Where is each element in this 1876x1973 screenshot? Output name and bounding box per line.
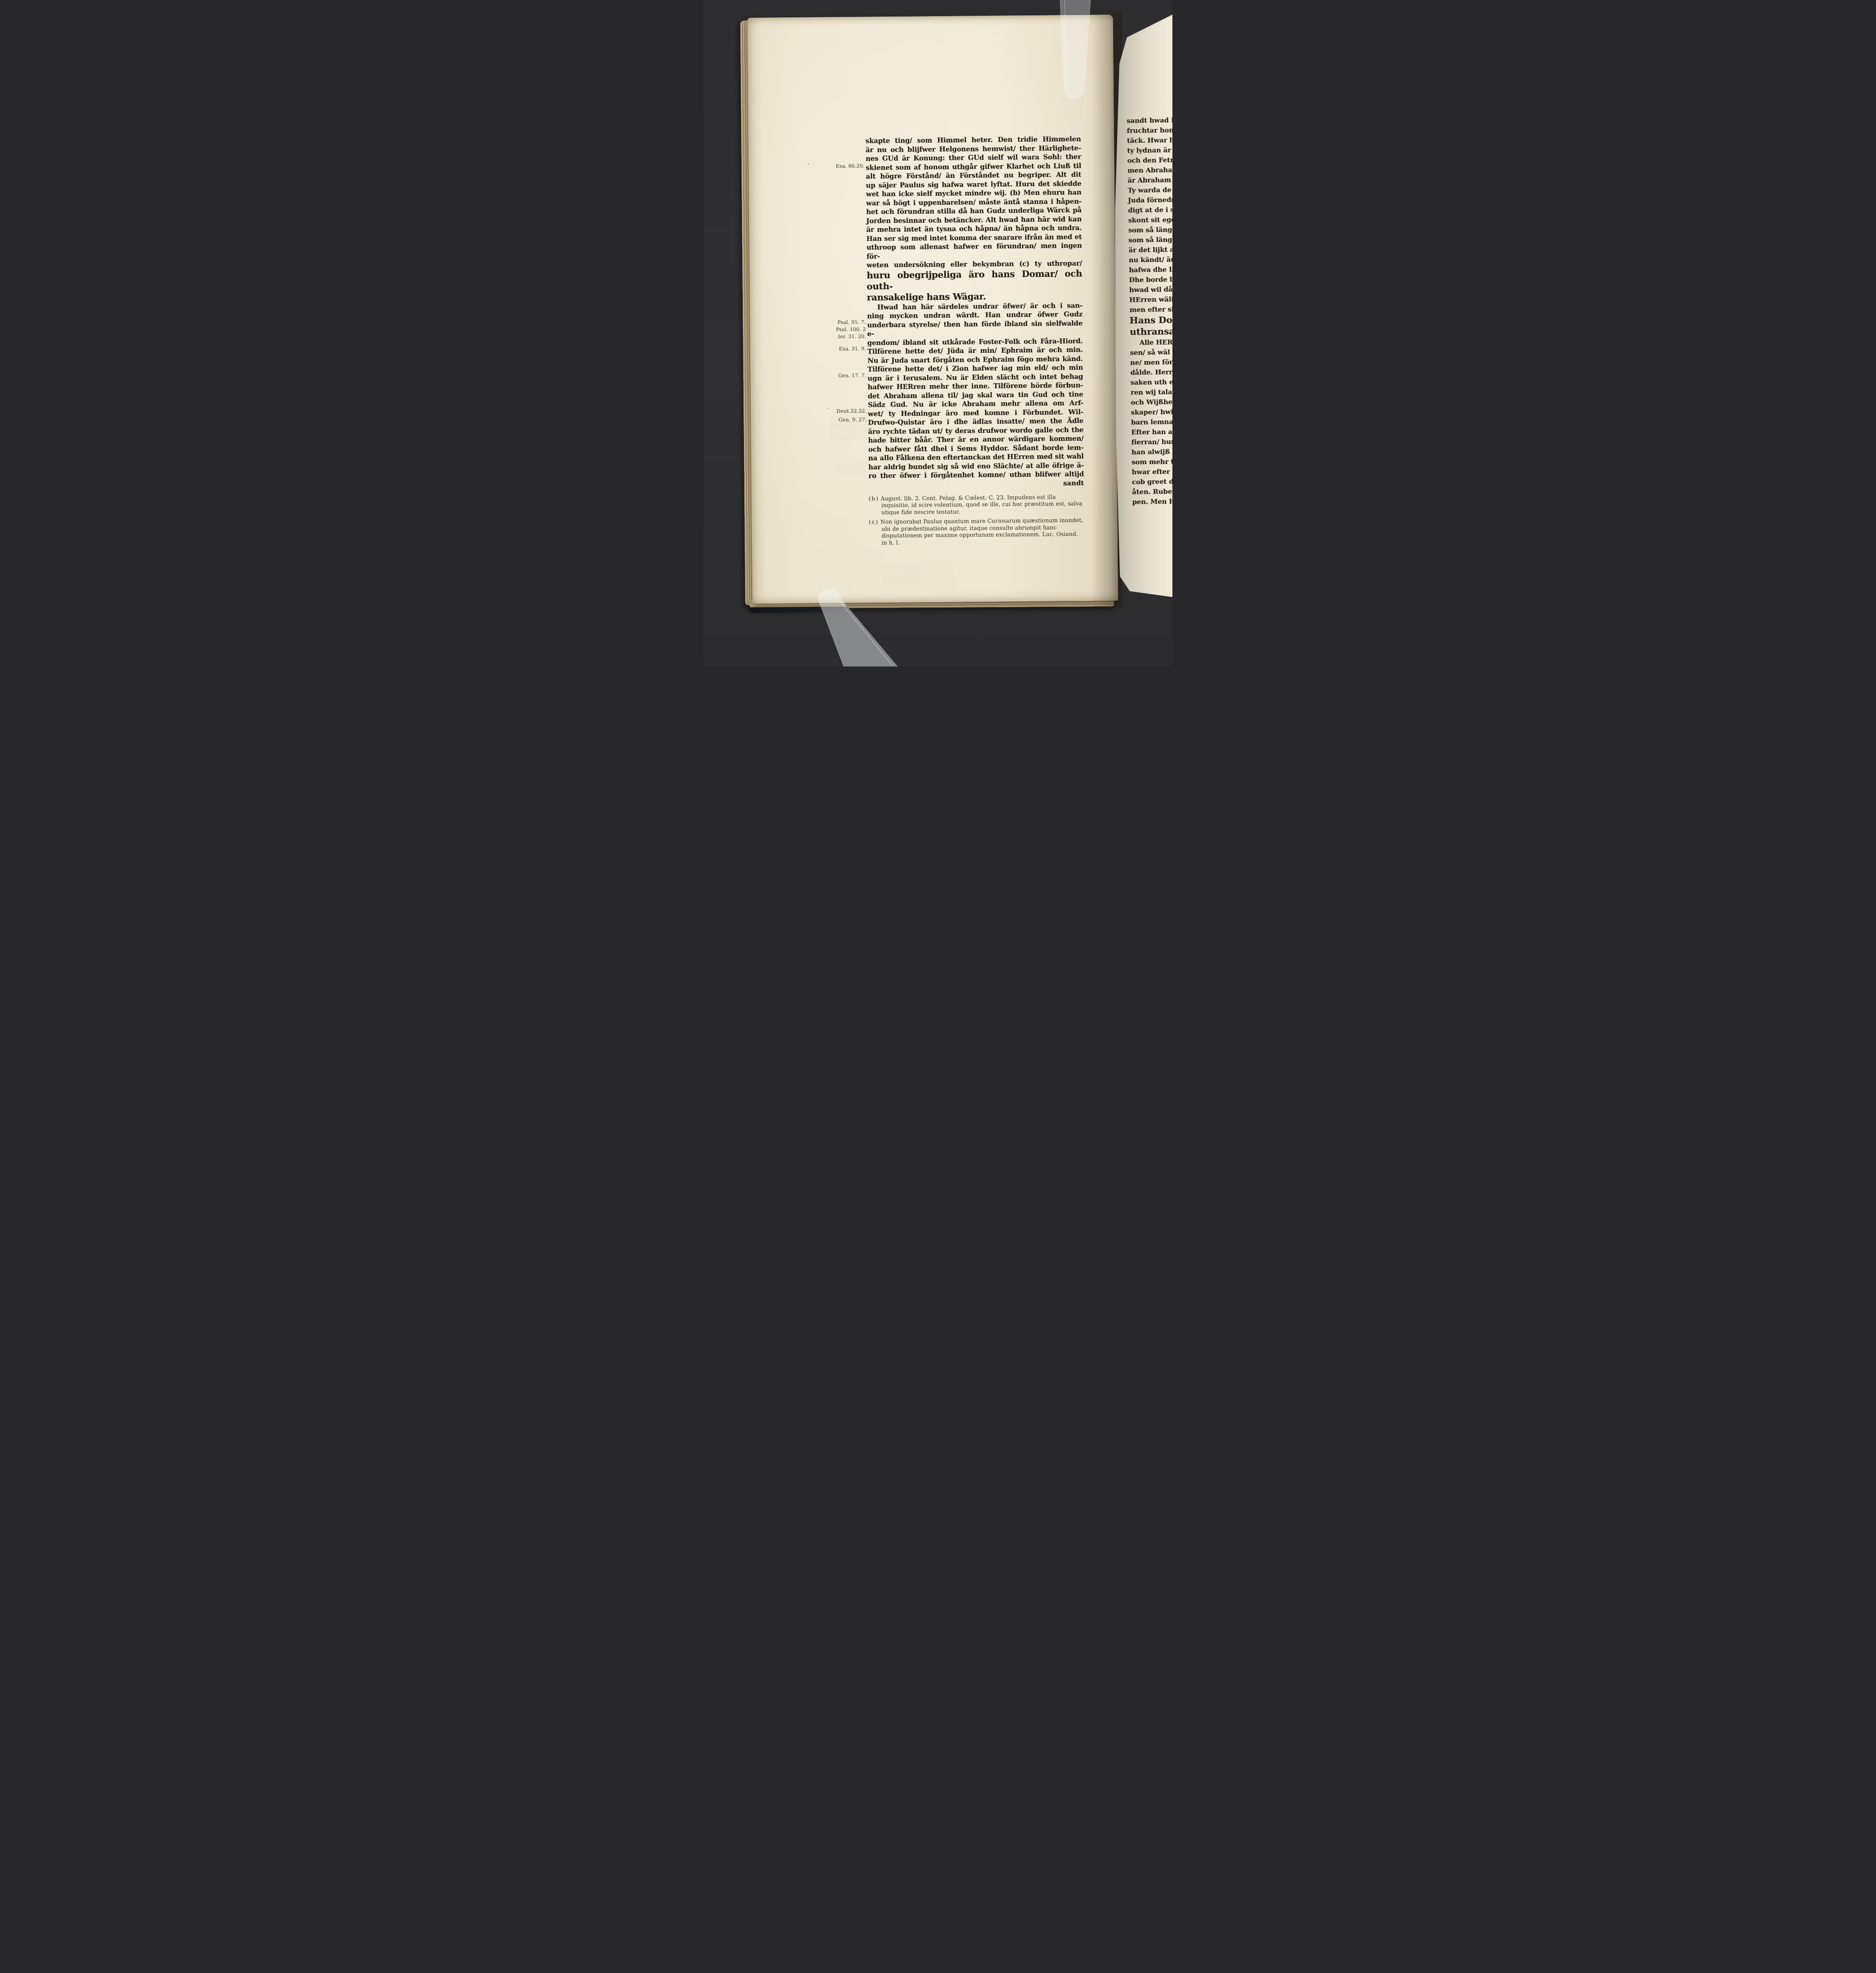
right-page-text-line: som mehr til det i framtjden: [1131, 456, 1172, 467]
right-page-text: sandt hwad Petrus sadfruchtar honom och …: [1127, 115, 1172, 507]
footnotes: (b) August. lib. 2. Cont. Pelag. & Cœles…: [869, 494, 1084, 547]
right-page-curled: sandt hwad Petrus sadfruchtar honom och …: [1115, 11, 1172, 597]
right-page-text-line: Hans Domar äro: [1129, 314, 1172, 326]
footnote-b-label: (b): [869, 496, 879, 502]
body-lines: skapte ting/ som Himmel heter. Den tridi…: [865, 135, 1084, 481]
book-board-edge: [749, 607, 848, 613]
right-page-text-line: hafwa dhe Löften fått sä: [1129, 264, 1172, 275]
footnote-c: (c) Non ignorabat Paulus quantum mare Cu…: [869, 517, 1085, 547]
text-line: ro ther öfwer i förgåtenhet komne/ uthan…: [869, 470, 1084, 481]
margin-note-esa-60-20: Esa. 60.20.: [828, 163, 865, 169]
right-page-text-line: skont sit eget Fålck som s: [1128, 214, 1172, 225]
right-page-text-line: Juda förnedras/ men H: [1128, 195, 1172, 206]
right-page-text-line: fruchtar honom och giö: [1127, 125, 1172, 136]
footnote-b: (b) August. lib. 2. Cont. Pelag. & Cœles…: [869, 494, 1084, 516]
margin-note-psal-95-7: Psal. 95. 7.: [829, 319, 866, 325]
margin-note-gen-9-27: Gen. 9. 27.: [829, 417, 867, 423]
right-page-text-line: hwad wil då skie uppå: [1129, 284, 1172, 295]
right-page-text-line: är det lijkt at han wil ha: [1129, 244, 1172, 255]
right-page-text-line: ren wij tala så gärna ther: [1131, 387, 1172, 398]
text-line: huru obegrijpeliga äro hans Domar/ och o…: [867, 268, 1082, 292]
right-page-text-line: men efter sit rättfärdiga: [1129, 304, 1172, 315]
right-page-text-line: som så länge främmande: [1128, 224, 1172, 235]
right-page-text-line: ne/ men för oß mehrend: [1130, 357, 1172, 368]
margin-note-psal-100-2: Psal. 100. 2: [829, 326, 866, 332]
right-page-text-line: men Abrahams troo och: [1127, 165, 1172, 176]
main-text-column: skapte ting/ som Himmel heter. Den tridi…: [865, 135, 1084, 550]
right-page-text-line: nu kändt/ än mindre haf: [1129, 254, 1172, 265]
right-page-text-line: cob greet då mychtet kom at: [1132, 476, 1172, 487]
right-page-text-line: och den Fetma som af n: [1127, 155, 1172, 166]
right-page-text-line: Alle HERrans g: [1130, 337, 1172, 348]
right-page-text-line: sandt hwad Petrus sad: [1127, 115, 1172, 126]
margin-note-esa-31-9: Esa. 31. 9.: [829, 346, 866, 352]
right-page-text-line: och Wijßhet äro twenne: [1131, 397, 1172, 408]
right-page-text-line: skaper/ hwilka uti deß synli: [1131, 406, 1172, 417]
show-through-smudge: [882, 567, 954, 591]
right-page-text-line: ty lydnan är honom dy: [1127, 145, 1172, 156]
right-page-text-line: pen. Men HErren förwa: [1132, 496, 1172, 507]
right-page-text-line: digt at de i sin uphöjel: [1128, 204, 1172, 215]
right-page-text-line: saken uth efter wår enfaldig: [1131, 376, 1172, 387]
foxing-speck: [808, 163, 809, 165]
left-page: Esa. 60.20. Psal. 95. 7. Psal. 100. 2 Ie…: [747, 15, 1118, 604]
footnote-c-label: (c): [869, 519, 879, 525]
book-photo-scene: Esa. 60.20. Psal. 95. 7. Psal. 100. 2 Ie…: [704, 0, 1172, 666]
right-page-text-line: barn lemna oß de största und: [1131, 416, 1172, 427]
right-page-lines: sandt hwad Petrus sadfruchtar honom och …: [1127, 115, 1172, 507]
right-page-text-line: som så länge hafwa war: [1128, 234, 1172, 245]
footnote-b-text: August. lib. 2. Cont. Pelag. & Cœlest. C…: [881, 494, 1082, 516]
margin-note-gen-17-7: Gen. 17. 7.: [829, 373, 866, 378]
show-through-smudge: [835, 458, 867, 474]
right-page-text-line: täck. Hwar han finner: [1127, 135, 1172, 146]
right-page-text-line: sen/ så wäl som wid den: [1130, 347, 1172, 358]
right-page-text-line: HErren wälier och förk: [1129, 294, 1172, 305]
right-page-text-line: Ty warda de trogna af: [1128, 185, 1172, 196]
margin-note-ier-31-20: Ier. 31. 20.: [829, 333, 866, 339]
text-line: uthroop som allenast hafwer en förundran…: [867, 241, 1082, 261]
right-page-text-line: Dhe borde betäncka/ än: [1129, 274, 1172, 285]
right-page-text-line: åten. Ruben ref sin kläder: [1132, 486, 1172, 497]
right-page-text-line: uthransakeliga.: [1130, 325, 1172, 338]
right-page-text-line: Efter han alwiß är/ ty wet: [1131, 427, 1172, 438]
margin-note-deut-32-32: Deut.32.32.: [829, 408, 867, 414]
right-page-text-line: han alwijß är/ se hans ögon i: [1131, 446, 1172, 457]
right-page-text-line: hwar efter han sedan lempa: [1132, 466, 1172, 477]
right-page-text-line: fierran/ huru hon sig skicka: [1131, 436, 1172, 447]
footnote-c-text: Non ignorabat Paulus quantum mare Curios…: [880, 517, 1083, 546]
right-page-text-line: dålde. Herren styrer eft: [1130, 367, 1172, 378]
right-page-text-line: är Abraham död/ och h: [1127, 174, 1172, 185]
text-line: underbara styrelse/ then han förde iblan…: [867, 319, 1082, 339]
